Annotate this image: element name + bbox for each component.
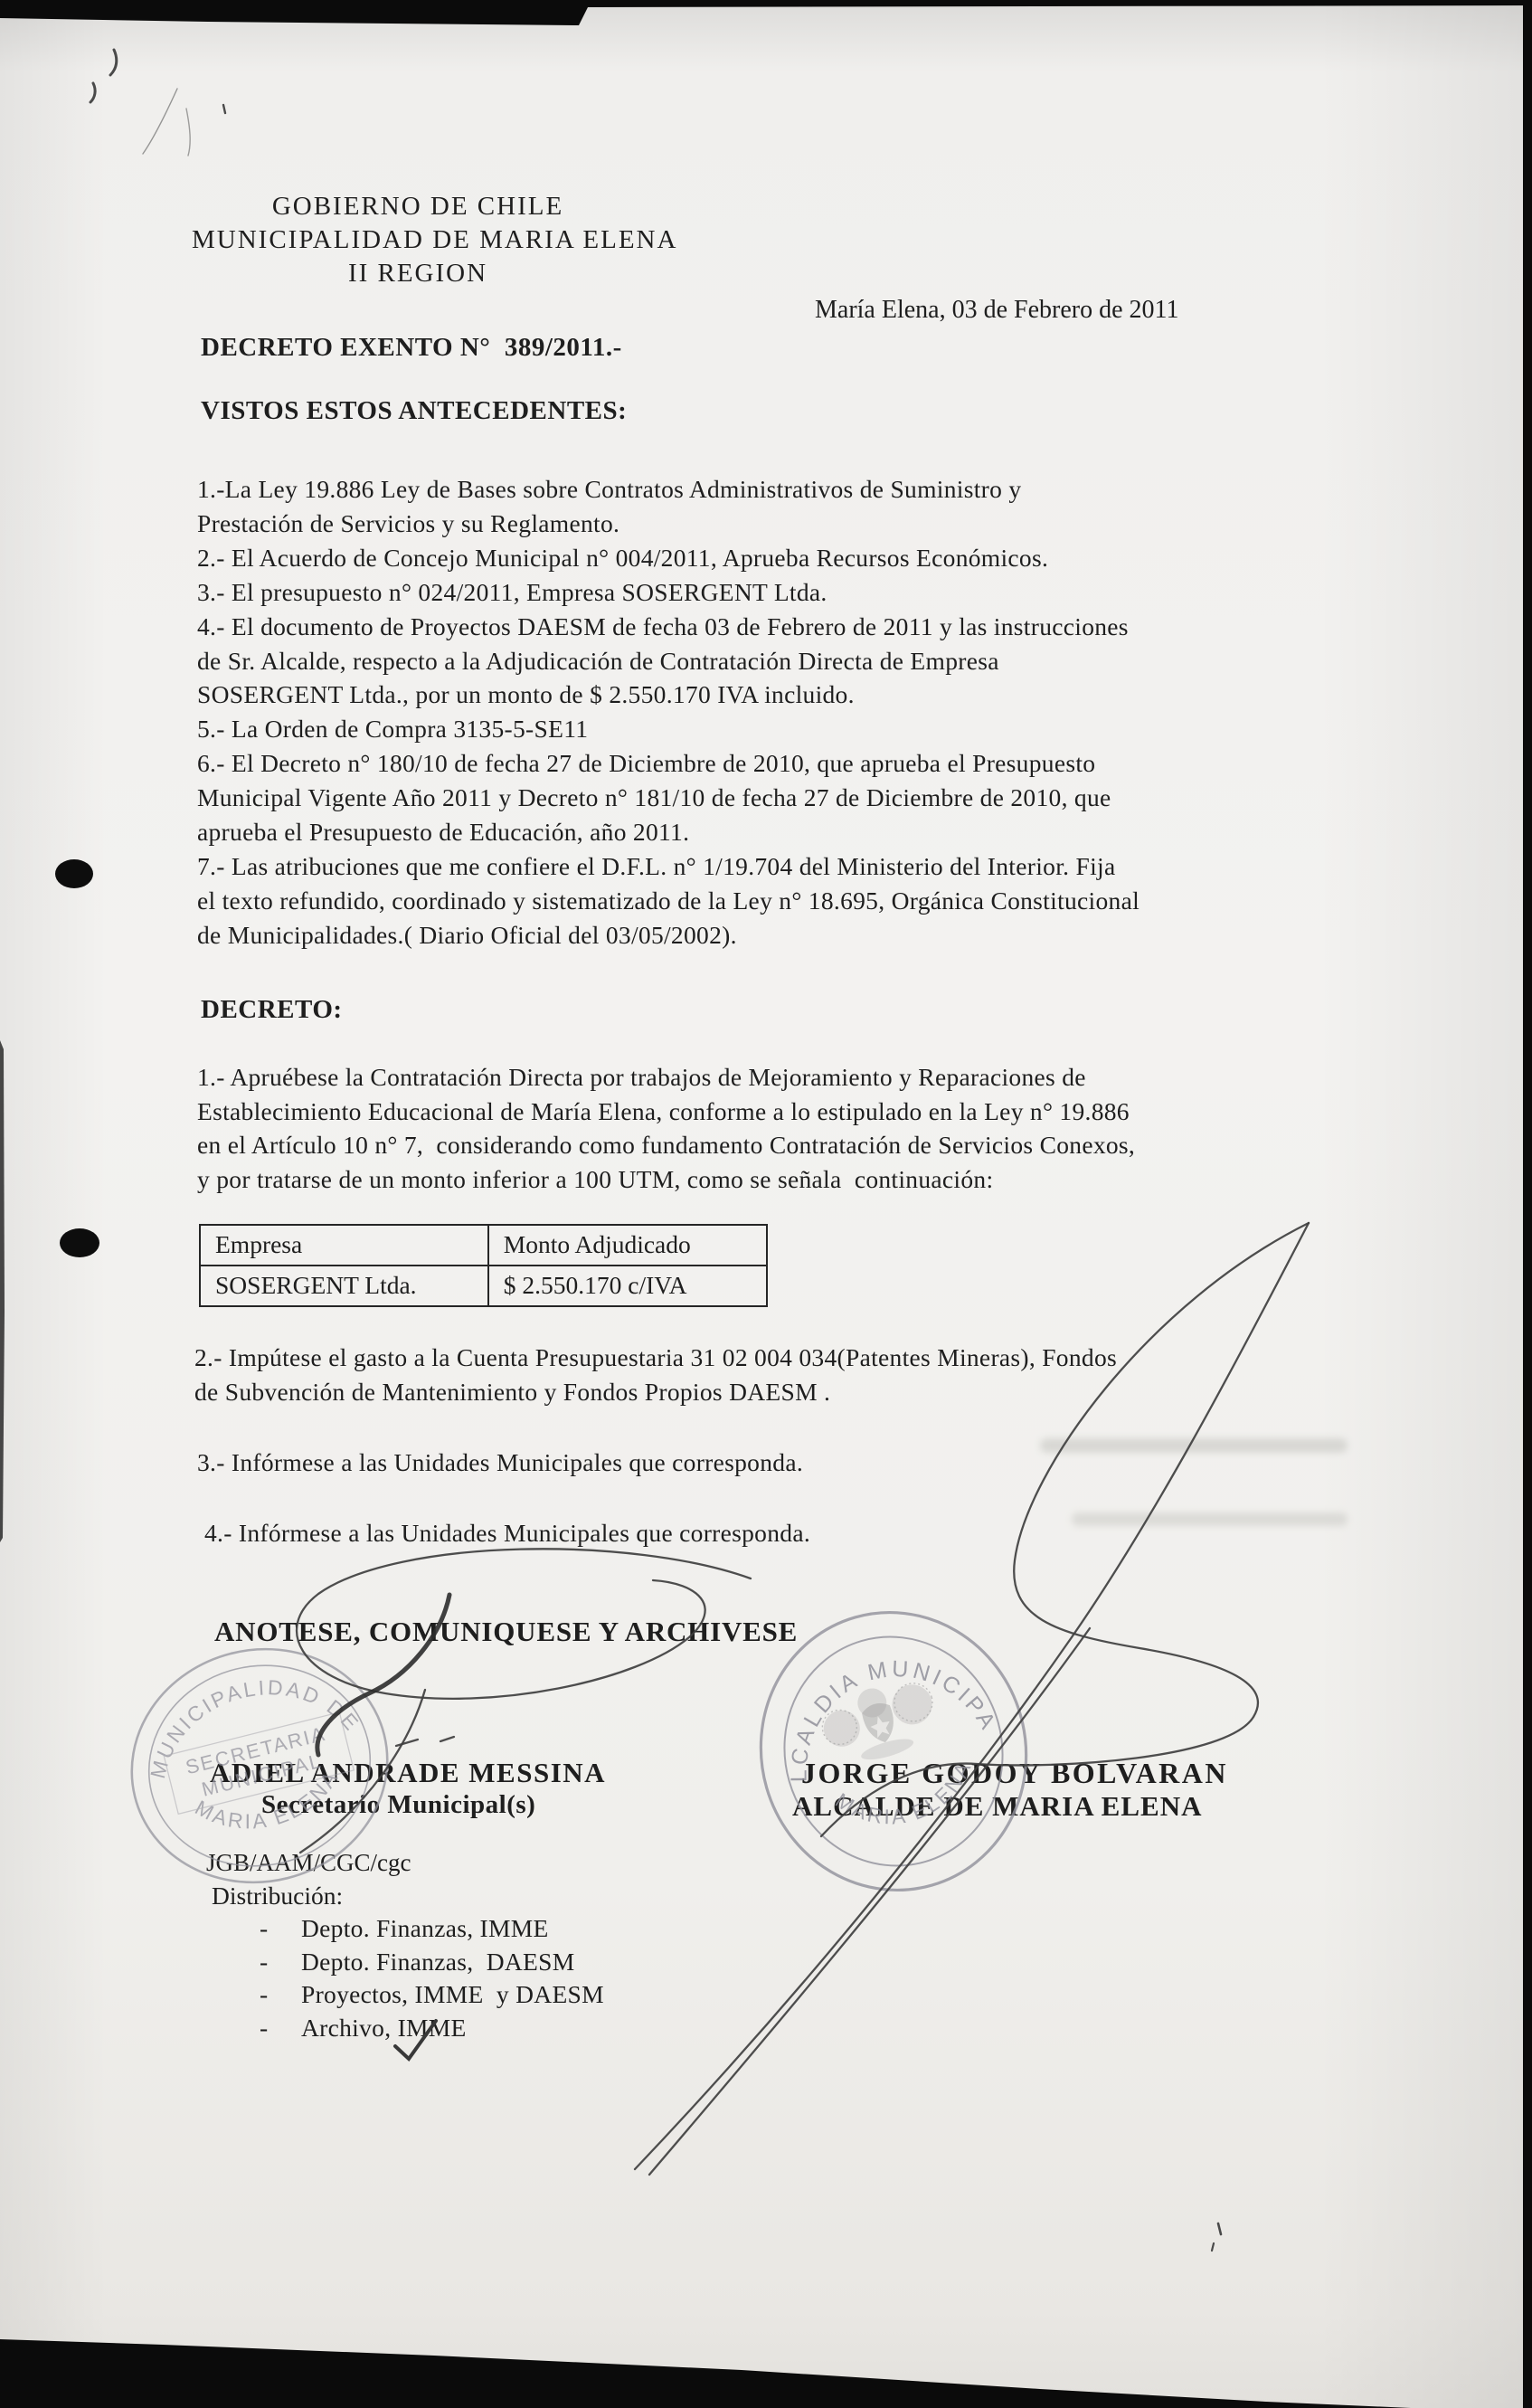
scanned-decree-page: GOBIERNO DE CHILE MUNICIPALIDAD DE MARIA… (0, 0, 1532, 2408)
text-line: 1.-La Ley 19.886 Ley de Bases sobre Cont… (197, 472, 1140, 507)
resolution-item-4: 4.- Infórmese a las Unidades Municipales… (204, 1516, 810, 1550)
text-line: SOSERGENT Ltda., por un monto de $ 2.550… (197, 678, 1140, 712)
text-line: Municipal Vigente Año 2011 y Decreto n° … (197, 781, 1140, 815)
mayor-name: JORGE GODOY BOLVARAN (801, 1757, 1228, 1790)
org-line-region: II REGION (192, 257, 644, 290)
dateline: María Elena, 03 de Febrero de 2011 (815, 296, 1179, 325)
org-line-gobierno: GOBIERNO DE CHILE (192, 190, 644, 223)
text-line: en el Artículo 10 n° 7, considerando com… (197, 1128, 1135, 1162)
org-line-municipalidad: MUNICIPALIDAD DE MARIA ELENA (192, 223, 644, 257)
text-line: 1.- Apruébese la Contratación Directa po… (197, 1060, 1135, 1095)
bleedthrough-smudge (1040, 1438, 1348, 1526)
resolution-item-2: 2.- Impútese el gasto a la Cuenta Presup… (194, 1341, 1117, 1408)
stray-mark-bottom (1212, 2223, 1221, 2251)
table-cell-empresa: SOSERGENT Ltda. (201, 1266, 489, 1305)
table-header-row: Empresa Monto Adjudicado (201, 1226, 766, 1265)
text-line: Proyectos, IMME y DAESM (301, 1978, 604, 2012)
text-line: de Municipalidades.( Diario Oficial del … (197, 918, 1140, 953)
drafting-initials: JGB/AAM/CGC/cgc (206, 1849, 411, 1877)
decreto-heading: DECRETO: (201, 995, 343, 1025)
text-line: de Sr. Alcalde, respecto a la Adjudicaci… (197, 644, 1140, 678)
text-line: Archivo, IMME (301, 2012, 604, 2045)
text-line: 2.- El Acuerdo de Concejo Municipal n° 0… (197, 541, 1140, 575)
text-line: el texto refundido, coordinado y sistema… (197, 884, 1140, 918)
text-line: 6.- El Decreto n° 180/10 de fecha 27 de … (197, 746, 1140, 781)
text-line: 7.- Las atribuciones que me confiere el … (197, 849, 1140, 884)
text-line: 3.- El presupuesto n° 024/2011, Empresa … (197, 575, 1140, 610)
hole-punches (55, 859, 99, 1257)
secretary-name: ADIEL ANDRADE MESSINA (210, 1757, 606, 1789)
resolution-item-3: 3.- Infórmese a las Unidades Municipales… (197, 1446, 803, 1480)
table-header-monto: Monto Adjudicado (489, 1226, 766, 1265)
text-line: 4.- El documento de Proyectos DAESM de f… (197, 610, 1140, 644)
vistos-paragraph: 1.-La Ley 19.886 Ley de Bases sobre Cont… (197, 472, 1140, 953)
org-header: GOBIERNO DE CHILE MUNICIPALIDAD DE MARIA… (192, 190, 644, 290)
vistos-heading: VISTOS ESTOS ANTECEDENTES: (201, 396, 627, 426)
text-line: de Subvención de Mantenimiento y Fondos … (194, 1375, 1117, 1409)
distribution-list: Depto. Finanzas, IMMEDepto. Finanzas, DA… (301, 1912, 604, 2044)
table-cell-monto: $ 2.550.170 c/IVA (489, 1266, 766, 1305)
distribution-heading: Distribución: (212, 1882, 343, 1910)
mayor-title: ALCALDE DE MARIA ELENA (792, 1790, 1202, 1823)
text-line: aprueba el Presupuesto de Educación, año… (197, 815, 1140, 849)
closing-formula: ANOTESE, COMUNIQUESE Y ARCHIVESE (214, 1616, 798, 1648)
text-line: Depto. Finanzas, DAESM (301, 1946, 604, 1979)
decreto-paragraph: 1.- Apruébese la Contratación Directa po… (197, 1060, 1135, 1196)
text-line: Prestación de Servicios y su Reglamento. (197, 507, 1140, 541)
text-line: 2.- Impútese el gasto a la Cuenta Presup… (194, 1341, 1117, 1375)
table-header-empresa: Empresa (201, 1226, 489, 1265)
table-row: SOSERGENT Ltda. $ 2.550.170 c/IVA (201, 1265, 766, 1305)
decree-title: DECRETO EXENTO N° 389/2011.- (201, 333, 622, 363)
text-line: Depto. Finanzas, IMME (301, 1912, 604, 1946)
adjudication-table: Empresa Monto Adjudicado SOSERGENT Ltda.… (199, 1224, 768, 1307)
secretary-title: Secretario Municipal(s) (261, 1790, 535, 1820)
stray-pen-marks (90, 50, 225, 156)
text-line: y por tratarse de un monto inferior a 10… (197, 1162, 1135, 1197)
text-line: 5.- La Orden de Compra 3135-5-SE11 (197, 712, 1140, 746)
text-line: Establecimiento Educacional de María Ele… (197, 1095, 1135, 1129)
